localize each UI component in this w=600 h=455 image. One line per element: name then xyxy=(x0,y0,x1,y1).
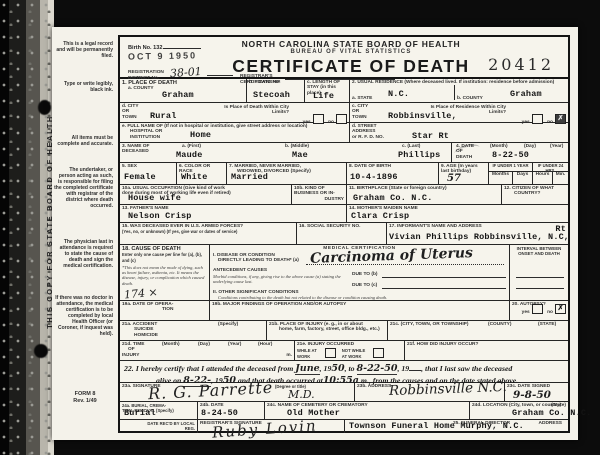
father-cell: 13. FATHER'S NAME Nelson Crisp xyxy=(120,205,347,222)
certificate-serial-number: 20412 xyxy=(488,55,554,74)
registration-district-value: 38-01 xyxy=(170,65,203,80)
autopsy-cell: 20. AUTOPSY? yes no✗ xyxy=(510,301,568,320)
x-mark: ✗ xyxy=(558,115,564,122)
residence-county-value: Graham xyxy=(510,89,542,99)
burial-location-value: Graham Co. N.C. xyxy=(512,408,592,418)
margin-note: All items must be complete and accurate. xyxy=(54,135,113,147)
occupation-value: House wife xyxy=(128,193,181,203)
accident-cell: 21a. ACCIDENT SUICIDE HOMICIDE (Specify) xyxy=(120,321,267,340)
mother-value: Clara Crisp xyxy=(351,211,409,221)
street-address-cell: d. STREET ADDRESS or R. F. D. NO. Star R… xyxy=(350,123,568,142)
place-of-injury-cell: 21b. PLACE OF INJURY (e. g., in or about… xyxy=(267,321,388,340)
deceased-name-cell: 3. NAME OF DECEASED a. (First) b. (Middl… xyxy=(120,143,452,162)
date-of-death-value: 8-22-50 xyxy=(492,150,529,160)
length-of-stay-value: Life xyxy=(313,91,334,101)
form-no: FORM 8 xyxy=(56,391,114,398)
margin-note: The undertaker, or person acting as such… xyxy=(54,167,113,209)
race-value: White xyxy=(181,172,208,182)
row-registrar-funeral: DATE REC'D BY LOCAL REG. REGISTRAR'S SIG… xyxy=(120,420,568,433)
county-value: Graham xyxy=(162,90,194,100)
row-institution-street: e. FULL NAME OF (If not in hospital or i… xyxy=(120,123,568,143)
marital-value: Married xyxy=(231,172,268,182)
street-address-value: Star Rt xyxy=(412,131,449,141)
date-signed-value: 9-8-50 xyxy=(513,389,551,401)
burial-type-value: Burial xyxy=(124,408,156,418)
length-of-stay-cell: c. LENGTH OF STAY (in this place) Life xyxy=(305,79,350,102)
autopsy-no-checkbox: ✗ xyxy=(555,304,566,314)
death-city-value: Rural xyxy=(150,111,177,121)
row-occupation: 10a. USUAL OCCUPATION (Give kind of work… xyxy=(120,185,568,205)
place-of-death-county-cell: 1. PLACE OF DEATH a. COUNTY Graham xyxy=(120,79,247,102)
registrar-signature-cell: REGISTRAR'S SIGNATURE Ruby Lovin xyxy=(198,420,345,433)
informant-cell: 17. INFORMANT'S NAME AND ADDRESS Rt Vivi… xyxy=(387,223,568,244)
age-sub-grid: IF UNDER 1 YEAR IF UNDER 24 HRS. Months … xyxy=(489,163,568,184)
usual-residence-cell: 2. USUAL RESIDENCE (Where deceased lived… xyxy=(350,79,568,102)
age-cell: 9. AGE (In years last birthday) 57 IF UN… xyxy=(439,163,568,184)
birthplace-value: Graham Co. N.C. xyxy=(353,193,433,203)
marital-cell: 7. MARRIED, NEVER MARRIED, WIDOWED, DIVO… xyxy=(227,163,347,184)
date-of-death-cell: 4. DATE OF DEATH (Month) (Day) (Year) 8-… xyxy=(452,143,568,162)
cemetery-cell: 24c. NAME OF CEMETERY OR CREMATORY Old M… xyxy=(265,402,470,419)
major-findings-cell: 19b. MAJOR FINDINGS OF OPERATION AND/OR … xyxy=(210,301,510,320)
ssn-cell: 16. SOCIAL SECURITY NO. xyxy=(297,223,387,244)
attended-to-value: 8-22-50 xyxy=(357,363,398,375)
row-sex-age: 5. SEX Female 6. COLOR OR RACE White 7. … xyxy=(120,163,568,185)
org-line1: NORTH CAROLINA STATE BOARD OF HEALTH xyxy=(226,39,476,49)
time-of-injury-cell: 21d. TIME OF INJURY (Month) (Day) (Year)… xyxy=(120,341,295,360)
row-physician-signature: 23a. SIGNATURE R. G. Parrette (Degree or… xyxy=(120,383,568,402)
margin-note: Type or write legibly, black ink. xyxy=(54,81,113,93)
township-cell: b. TOWNSHIP Stecoah xyxy=(247,79,305,102)
row-operation-autopsy: 19a. DATE OF OPERA- TION 19b. MAJOR FIND… xyxy=(120,301,568,321)
form-rev: Rev. 1/49 xyxy=(56,398,114,405)
row-burial: 24a. BURIAL, CREMA- TION, REMOVAL (Speci… xyxy=(120,402,568,420)
sex-cell: 5. SEX Female xyxy=(120,163,177,184)
middle-name-value: Mae xyxy=(292,150,308,160)
last-name-value: Phillips xyxy=(398,150,440,160)
autopsy-yes-checkbox xyxy=(532,304,543,314)
form-number: FORM 8 Rev. 1/49 xyxy=(56,391,114,405)
while-at-work-checkbox xyxy=(325,348,336,358)
residence-city-cell: c. CITY OR TOWN Robbinsville, Is Place o… xyxy=(350,103,568,122)
armed-forces-cell: 15. WAS DECEASED EVER IN U.S. ARMED FORC… xyxy=(120,223,297,244)
certificate-header: Birth No. 132 OCT 9 1950 REGISTRATION DI… xyxy=(120,37,568,79)
org-line2: BUREAU OF VITAL STATISTICS xyxy=(226,49,476,55)
residence-state-cell: a. STATE N.C. xyxy=(350,85,455,100)
not-while-at-work-checkbox xyxy=(373,348,384,358)
row-time-of-injury: 21d. TIME OF INJURY (Month) (Day) (Year)… xyxy=(120,341,568,361)
burial-type-cell: 24a. BURIAL, CREMA- TION, REMOVAL (Speci… xyxy=(120,402,198,419)
death-city-cell: d. CITY OR TOWN Rural Is Place of Death … xyxy=(120,103,350,122)
margin-note: If there was no doctor in attendance, th… xyxy=(54,295,113,337)
certification-line1: 22. I hereby certify that I attended the… xyxy=(124,363,566,374)
industry-cell: 10b. KIND OF BUSINESS OR IN- DUSTRY xyxy=(292,185,347,204)
row-name-deathdate: 3. NAME OF DECEASED a. (First) b. (Middl… xyxy=(120,143,568,163)
physician-address-value: Robbinsville N.C. xyxy=(389,379,507,399)
first-name-value: Maude xyxy=(176,150,203,160)
sex-value: Female xyxy=(124,172,156,182)
injury-location-cell: 21c. (CITY, TOWN, OR TOWNSHIP) (COUNTY) … xyxy=(388,321,568,340)
row-city-town: d. CITY OR TOWN Rural Is Place of Death … xyxy=(120,103,568,123)
date-received-stamp: OCT 9 1950 xyxy=(128,50,197,61)
row-parents: 13. FATHER'S NAME Nelson Crisp 14. MOTHE… xyxy=(120,205,568,223)
institution-cell: e. FULL NAME OF (If not in hospital or i… xyxy=(120,123,350,142)
date-received-cell: DATE REC'D BY LOCAL REG. xyxy=(120,420,198,433)
date-of-birth-cell: 8. DATE OF BIRTH 10-4-1896 xyxy=(347,163,439,184)
date-signed-cell: 23c. DATE SIGNED 9-8-50 xyxy=(505,383,568,401)
residence-state-value: N.C. xyxy=(388,89,409,99)
attended-from-value: June xyxy=(295,363,319,375)
physician-signature-cell: 23a. SIGNATURE R. G. Parrette (Degree or… xyxy=(120,383,355,401)
funeral-director-cell: 25. FUNERAL DIRECTOR ADDRESS Townson Fun… xyxy=(345,420,568,433)
age-value: 57 xyxy=(447,173,461,184)
certificate-form: Birth No. 132 OCT 9 1950 REGISTRATION DI… xyxy=(118,35,570,433)
burial-location-cell: 24d. LOCATION (City, town, or country) (… xyxy=(470,402,568,419)
occupation-cell: 10a. USUAL OCCUPATION (Give kind of work… xyxy=(120,185,292,204)
medical-certification-cell: MEDICAL CERTIFICATION I. DISEASE OR COND… xyxy=(210,245,510,300)
row-accident: 21a. ACCIDENT SUICIDE HOMICIDE (Specify)… xyxy=(120,321,568,341)
cause-code-handwritten: 174 × xyxy=(123,286,158,302)
race-cell: 6. COLOR OR RACE White xyxy=(177,163,227,184)
birthplace-cell: 11. BIRTHPLACE (State or foreign country… xyxy=(347,185,502,204)
row-informant: 15. WAS DECEASED EVER IN U.S. ARMED FORC… xyxy=(120,223,568,245)
date-of-birth-value: 10-4-1896 xyxy=(350,172,398,182)
township-value: Stecoah xyxy=(253,90,290,100)
age-years-cell: 9. AGE (In years last birthday) 57 xyxy=(439,163,489,184)
injury-occurred-cell: 21e. INJURY OCCURRED WHILE AT WORK NOT W… xyxy=(295,341,405,360)
funeral-director-value: Townson Funeral Home Murphy, N.C. xyxy=(349,421,524,431)
certificate-paper: This is a legal record and will be perma… xyxy=(52,27,578,440)
autopsy-checkboxes: yes no✗ xyxy=(522,300,566,318)
residence-county-cell: b. COUNTY Graham xyxy=(455,85,568,100)
margin-note: This is a legal record and will be perma… xyxy=(54,41,113,59)
burial-date-cell: 24b. DATE 8-24-50 xyxy=(198,402,265,419)
burial-date-value: 8-24-50 xyxy=(201,408,238,418)
interval-cell: INTERVAL BETWEEN ONSET AND DEATH xyxy=(510,245,568,300)
mother-cell: 14. MOTHER'S MAIDEN NAME Clara Crisp xyxy=(347,205,568,222)
institution-value: Home xyxy=(190,130,211,140)
x-mark: ✗ xyxy=(558,305,564,312)
informant-line2: Vivian Phillips Robbinsville, N.C, Star … xyxy=(389,232,568,242)
citizen-cell: 12. CITIZEN OF WHAT COUNTRY? xyxy=(502,185,568,204)
row-cause-of-death: 18. CAUSE OF DEATH Enter only one cause … xyxy=(120,245,568,301)
physician-address-cell: 23b. ADDRESS Robbinsville N.C. xyxy=(355,383,505,401)
row-place-residence: 1. PLACE OF DEATH a. COUNTY Graham b. TO… xyxy=(120,79,568,103)
operation-date-cell: 19a. DATE OF OPERA- TION xyxy=(120,301,210,320)
father-value: Nelson Crisp xyxy=(128,211,192,221)
degree-value: M.D. xyxy=(288,388,315,401)
how-injury-occurred-cell: 21f. HOW DID INJURY OCCUR? xyxy=(405,341,568,360)
registration-label: REGISTRATION xyxy=(128,70,164,75)
cause-label-cell: 18. CAUSE OF DEATH Enter only one cause … xyxy=(120,245,210,300)
margin-note: The physician last in attendance is requ… xyxy=(54,239,113,269)
